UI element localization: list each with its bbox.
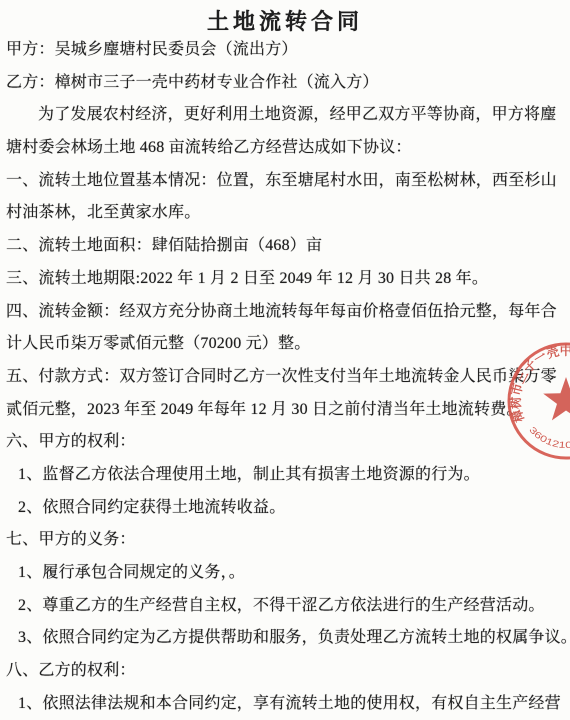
contract-line: 3、依照合同约定为乙方提供帮助和服务，负责处理乙方流转土地的权属争议。	[0, 622, 570, 655]
contract-line: 1、履行承包合同规定的义务，。	[0, 557, 570, 590]
document-title: 土地流转合同	[0, 5, 570, 36]
contract-line: 1、依照法律法规和本合同约定，享有流转土地的使用权，有权自主生产经营	[0, 688, 570, 720]
contract-line: 八、乙方的权利：	[0, 655, 570, 688]
contract-document: 土地流转合同 甲方：吴城乡麈塘村民委员会（流出方）乙方：樟树市三子一壳中药材专业…	[0, 0, 570, 720]
contract-line: 六、甲方的权利：	[0, 426, 570, 459]
contract-line: 1、监督乙方依法合理使用土地，制止其有损害土地资源的行为。	[0, 459, 570, 492]
contract-line: 2、尊重乙方的生产经营自主权，不得干涩乙方依法进行的生产经营活动。	[0, 590, 570, 623]
contract-line: 三、流转土地期限:2022 年 1 月 2 日至 2049 年 12 月 30 …	[0, 263, 570, 296]
contract-line: 为了发展农村经济，更好利用土地资源，经甲乙双方平等协商，甲方将麈	[0, 99, 570, 132]
contract-line: 一、流转土地位置基本情况：位置，东至塘尾村水田，南至松树林，西至杉山	[0, 165, 570, 198]
contract-line: 二、流转土地面积：肆佰陆拾捌亩（468）亩	[0, 230, 570, 263]
document-body: 甲方：吴城乡麈塘村民委员会（流出方）乙方：樟树市三子一壳中药材专业合作社（流入方…	[0, 34, 570, 720]
contract-line: 贰佰元整，2023 年至 2049 年每年 12 月 30 日之前付清当年土地流…	[0, 394, 570, 427]
contract-line: 甲方：吴城乡麈塘村民委员会（流出方）	[0, 34, 570, 67]
contract-line: 塘村委会林场土地 468 亩流转给乙方经营达成如下协议：	[0, 132, 570, 165]
contract-line: 2、依照合同约定获得土地流转收益。	[0, 492, 570, 525]
contract-line: 五、付款方式：双方签订合同时乙方一次性支付当年土地流转金人民币柒万零	[0, 361, 570, 394]
contract-line: 计人民币柒万零贰佰元整（70200 元）整。	[0, 328, 570, 361]
contract-line: 乙方：樟树市三子一壳中药材专业合作社（流入方）	[0, 67, 570, 100]
contract-line: 四、流转金额：经双方充分协商土地流转每年每亩价格壹佰伍拾元整，每年合	[0, 296, 570, 329]
contract-line: 七、甲方的义务：	[0, 524, 570, 557]
contract-line: 村油茶林，北至黄家水库。	[0, 197, 570, 230]
